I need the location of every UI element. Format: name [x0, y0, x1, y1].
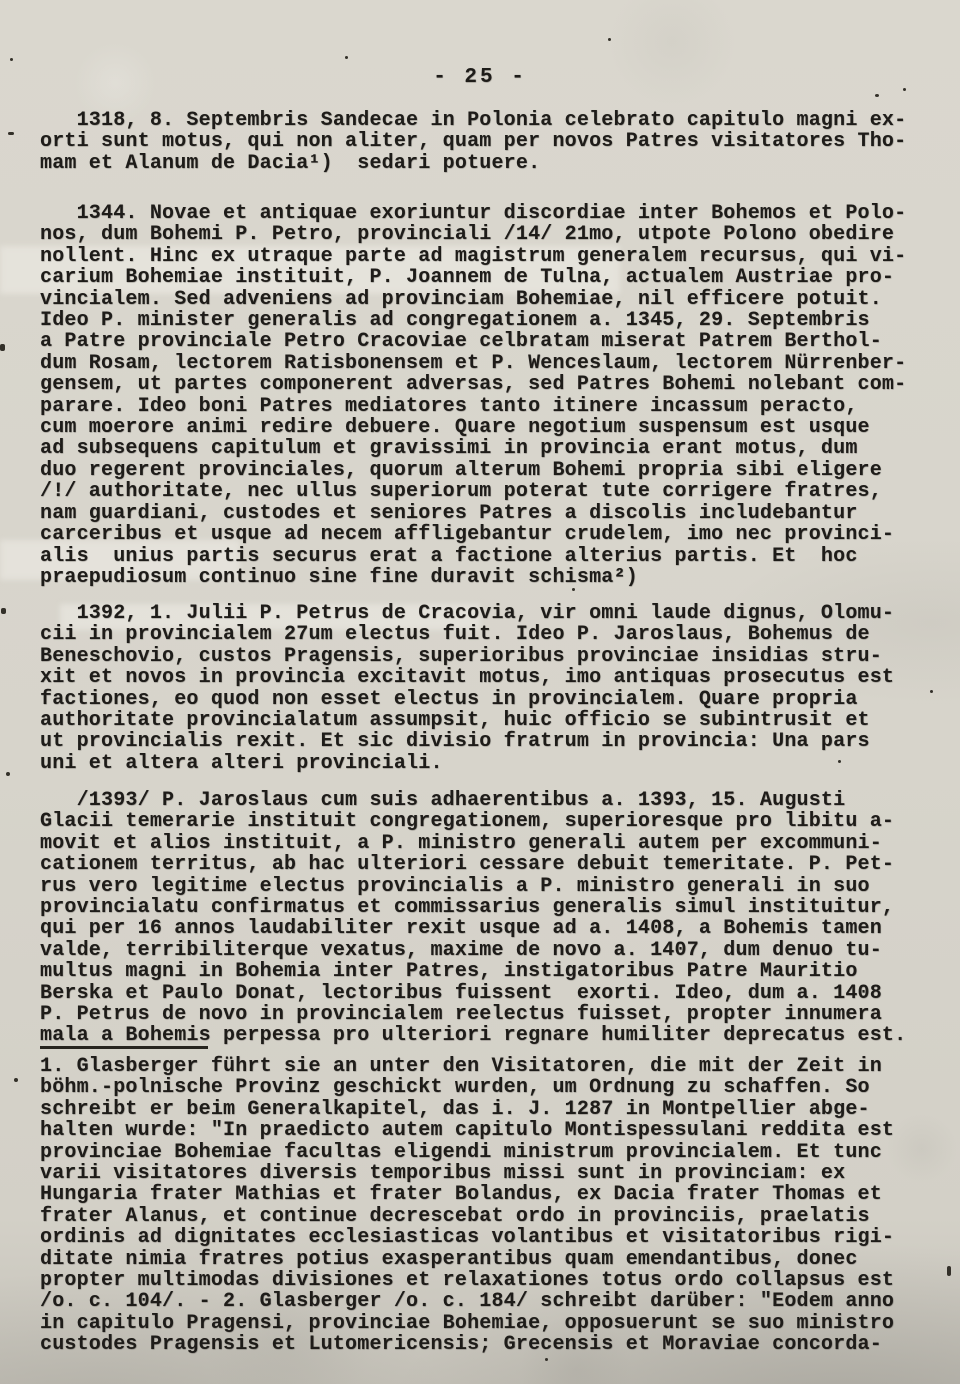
- footnote-text: 1. Glasberger führt sie an unter den Vis…: [40, 1056, 894, 1356]
- noise-speck: [10, 58, 13, 61]
- scanned-document-page: - 25 - 1318, 8. Septembris Sandecae in P…: [0, 0, 960, 1384]
- noise-speck: [875, 94, 879, 97]
- noise-speck: [545, 1358, 548, 1361]
- noise-speck: [930, 690, 933, 693]
- noise-speck: [947, 1266, 951, 1276]
- noise-speck: [0, 344, 5, 351]
- noise-speck: [345, 56, 348, 59]
- page-number: - 25 -: [0, 66, 960, 89]
- noise-speck: [6, 772, 10, 776]
- noise-speck: [1, 608, 6, 614]
- footnote-separator-rule: [40, 1046, 208, 1049]
- paragraph-1393: /1393/ P. Jaroslaus cum suis adhaerentib…: [40, 790, 906, 1047]
- noise-speck: [608, 38, 611, 41]
- paragraph-1392: 1392, 1. Julii P. Petrus de Cracovia, vi…: [40, 603, 894, 774]
- paragraph-1344: 1344. Novae et antiquae exoriuntur disco…: [40, 203, 906, 588]
- paragraph-1318: 1318, 8. Septembris Sandecae in Polonia …: [40, 110, 906, 174]
- noise-speck: [14, 1078, 18, 1082]
- noise-speck: [8, 132, 14, 135]
